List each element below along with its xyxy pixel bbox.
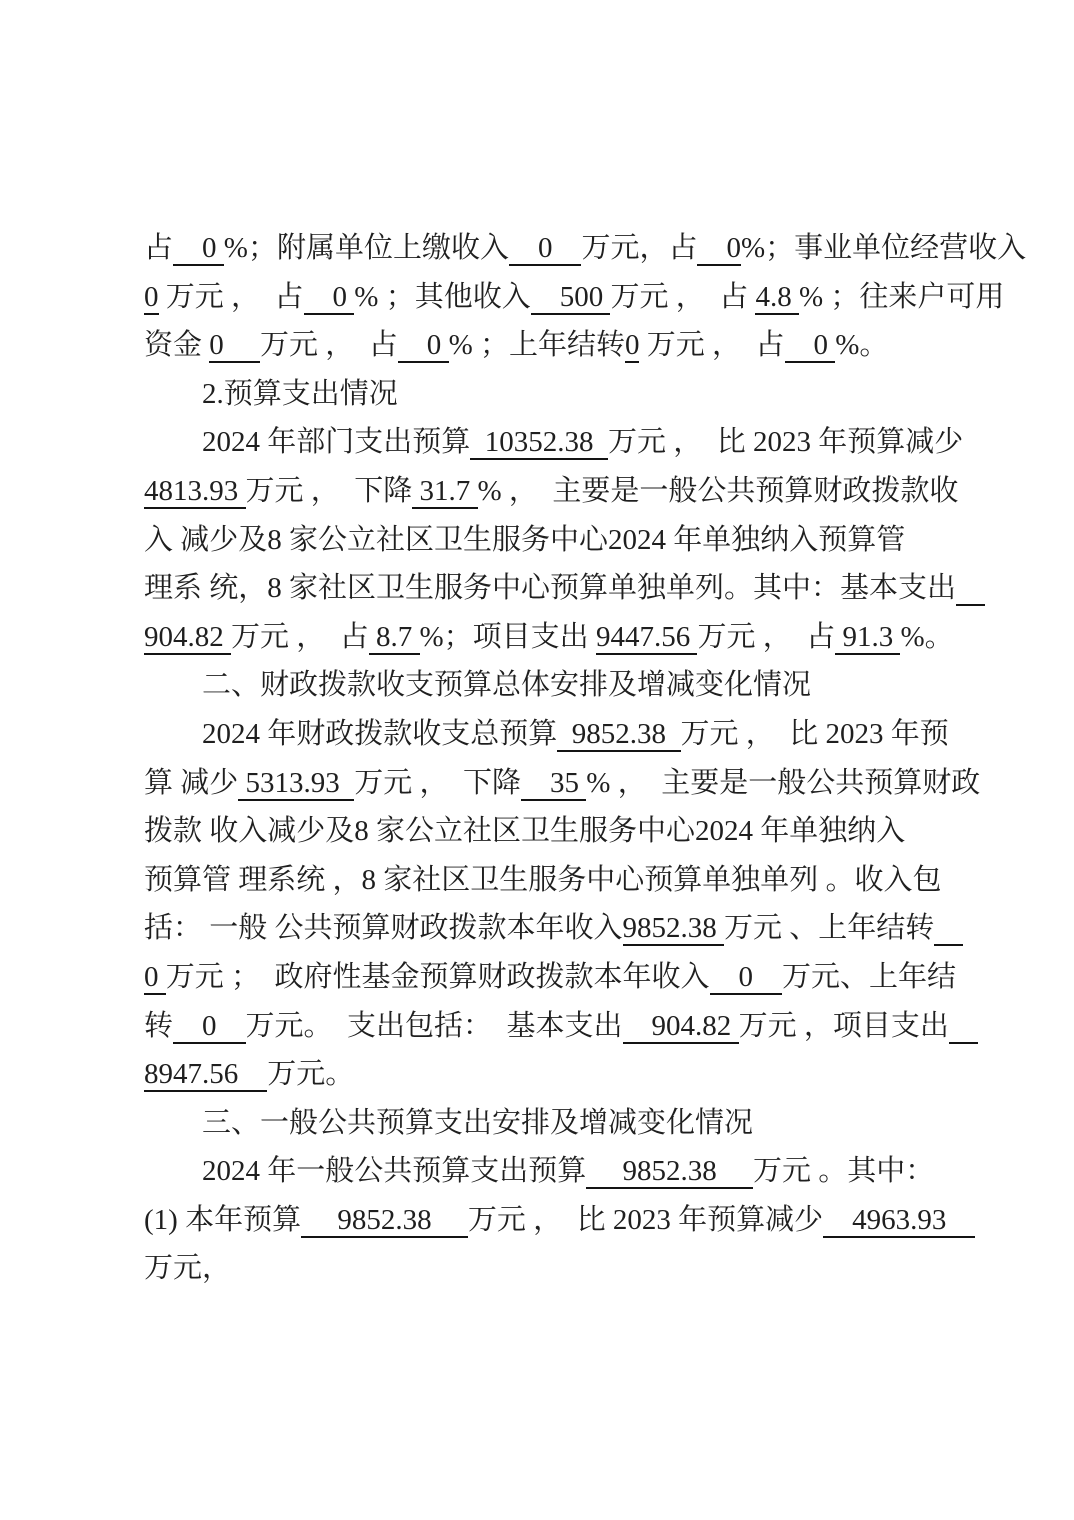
text-segment: 万元，占 <box>581 232 697 264</box>
text-segment: 万元 ， 比 2023 年预 <box>681 718 949 750</box>
text-segment: 万元、上年结 <box>782 961 956 993</box>
underlined-field: 91.3 <box>835 621 900 655</box>
text-segment: 万元 ， 下降 <box>246 475 413 507</box>
text-segment: 万元。 <box>267 1058 354 1090</box>
text-segment: 万元 ， 占 <box>610 281 755 313</box>
underlined-field: 9852.38 <box>557 718 680 752</box>
document-page: 占 0 %；附属单位上缴收入 0 万元，占 0%；事业单位经营收入0 万元 ， … <box>0 0 1074 1520</box>
text-segment: % ；往来户可用 <box>799 281 1004 313</box>
document-line: 4813.93 万元 ， 下降 31.7 % ， 主要是一般公共预算财政拨款收 <box>144 467 960 516</box>
document-line: 2024 年部门支出预算 10352.38 万元 ， 比 2023 年预算减少 <box>144 418 960 467</box>
text-segment: 拨款 收入减少及8 家公立社区卫生服务中心2024 年单独纳入 <box>144 815 905 847</box>
text-segment: 算 减少 <box>144 767 238 799</box>
text-segment: 万元， <box>144 1252 231 1284</box>
underlined-field: 4963.93 <box>823 1204 975 1238</box>
text-segment: 资金 <box>144 329 209 361</box>
document-line: 括： 一般 公共预算财政拨款本年收入9852.38 万元 、上年结转 <box>144 904 960 953</box>
underlined-field: 0 <box>785 329 836 363</box>
underlined-field: 5313.93 <box>238 767 354 801</box>
document-line: 2.预算支出情况 <box>144 370 960 419</box>
document-line: 二、财政拨款收支预算总体安排及增减变化情况 <box>144 661 960 710</box>
document-line: 904.82 万元 ， 占 8.7 %；项目支出 9447.56 万元 ， 占 … <box>144 613 960 662</box>
document-line: 转 0 万元。 支出包括： 基本支出 904.82 万元 ，项目支出 <box>144 1002 960 1051</box>
underlined-field: 0 <box>710 961 783 995</box>
text-segment: %。 <box>835 329 888 361</box>
text-segment: (1) 本年预算 <box>144 1204 301 1236</box>
underlined-field: 500 <box>531 281 611 315</box>
underlined-field: 10352.38 <box>470 426 608 460</box>
underlined-field: 0 <box>398 329 449 363</box>
text-segment: % ， 主要是一般公共预算财政 <box>586 767 980 799</box>
text-segment: 万元 ， 下降 <box>354 767 521 799</box>
text-segment: 万元 ， 占 <box>697 621 835 653</box>
document-text-block: 占 0 %；附属单位上缴收入 0 万元，占 0%；事业单位经营收入0 万元 ， … <box>144 224 960 1293</box>
document-line: 三、一般公共预算支出安排及增减变化情况 <box>144 1099 960 1148</box>
text-segment: 占 <box>144 232 173 264</box>
underlined-field: 904.82 <box>623 1010 739 1044</box>
underlined-field: 31.7 <box>412 475 477 509</box>
underlined-field: 8.7 <box>369 621 420 655</box>
document-line: 0 万元 ； 政府性基金预算财政拨款本年收入 0 万元、上年结 <box>144 953 960 1002</box>
underlined-field: 9852.38 <box>623 912 725 946</box>
underlined-field: 8947.56 <box>144 1058 267 1092</box>
text-segment: 万元 ， 比 2023 年预算减少 <box>608 426 963 458</box>
document-line: 预算管 理系统 ，8 家社区卫生服务中心预算单独单列 。收入包 <box>144 856 960 905</box>
document-line: (1) 本年预算 9852.38 万元 ， 比 2023 年预算减少 4963.… <box>144 1196 960 1245</box>
document-line: 2024 年财政拨款收支总预算 9852.38 万元 ， 比 2023 年预 <box>144 710 960 759</box>
underlined-field <box>949 1010 978 1044</box>
text-segment: 入 减少及8 家公立社区卫生服务中心2024 年单独纳入预算管 <box>144 524 905 556</box>
underlined-field: 904.82 <box>144 621 231 655</box>
text-segment: 2024 年财政拨款收支总预算 <box>202 718 557 750</box>
text-segment: 括： 一般 公共预算财政拨款本年收入 <box>144 912 623 944</box>
document-line: 入 减少及8 家公立社区卫生服务中心2024 年单独纳入预算管 <box>144 516 960 565</box>
underlined-field: 9852.38 <box>301 1204 468 1238</box>
underlined-field: 0 <box>209 329 260 363</box>
underlined-field: 0 <box>144 961 166 995</box>
text-segment: % ；上年结转 <box>449 329 625 361</box>
text-segment: %；附属单位上缴收入 <box>224 232 509 264</box>
text-segment: %；项目支出 <box>420 621 596 653</box>
underlined-field: 0 <box>144 281 159 315</box>
text-segment: 2024 年部门支出预算 <box>202 426 470 458</box>
text-segment: 万元 ； 政府性基金预算财政拨款本年收入 <box>166 961 710 993</box>
text-segment: 三、一般公共预算支出安排及增减变化情况 <box>202 1107 753 1139</box>
underlined-field <box>934 912 963 946</box>
text-segment: 万元 ， 占 <box>639 329 784 361</box>
underlined-field <box>956 572 985 606</box>
text-segment: 万元。 支出包括： 基本支出 <box>246 1010 623 1042</box>
document-line: 0 万元 ， 占 0 % ；其他收入 500 万元 ， 占 4.8 % ；往来户… <box>144 273 960 322</box>
document-line: 万元， <box>144 1244 960 1293</box>
text-segment: 万元 ，项目支出 <box>739 1010 949 1042</box>
document-line: 占 0 %；附属单位上缴收入 0 万元，占 0%；事业单位经营收入 <box>144 224 960 273</box>
underlined-field: 9852.38 <box>586 1155 753 1189</box>
text-segment: 2024 年一般公共预算支出预算 <box>202 1155 586 1187</box>
text-segment: % ；其他收入 <box>354 281 530 313</box>
document-line: 拨款 收入减少及8 家公立社区卫生服务中心2024 年单独纳入 <box>144 807 960 856</box>
document-line: 理系 统，8 家社区卫生服务中心预算单独单列。其中：基本支出 <box>144 564 960 613</box>
underlined-field: 0 <box>625 329 640 363</box>
text-segment: 万元 ， 比 2023 年预算减少 <box>468 1204 823 1236</box>
underlined-field: 4813.93 <box>144 475 246 509</box>
document-line: 8947.56 万元。 <box>144 1050 960 1099</box>
text-segment: 理系 统，8 家社区卫生服务中心预算单独单列。其中：基本支出 <box>144 572 956 604</box>
underlined-field: 4.8 <box>755 281 799 315</box>
text-segment: 万元 ， 占 <box>260 329 398 361</box>
text-segment: 万元 ， 占 <box>231 621 369 653</box>
text-segment: 二、财政拨款收支预算总体安排及增减变化情况 <box>202 669 811 701</box>
underlined-field: 0 <box>173 1010 246 1044</box>
underlined-field: 0 <box>509 232 582 266</box>
text-segment: 预算管 理系统 ，8 家社区卫生服务中心预算单独单列 。收入包 <box>144 864 942 896</box>
text-segment: %。 <box>900 621 953 653</box>
underlined-field: 0 <box>304 281 355 315</box>
document-line: 资金 0 万元 ， 占 0 % ；上年结转0 万元 ， 占 0 %。 <box>144 321 960 370</box>
text-segment: % ， 主要是一般公共预算财政拨款收 <box>478 475 959 507</box>
document-line: 2024 年一般公共预算支出预算 9852.38 万元 。其中： <box>144 1147 960 1196</box>
underlined-field: 0 <box>173 232 224 266</box>
text-segment: 2.预算支出情况 <box>202 378 398 410</box>
text-segment: 万元 。其中： <box>753 1155 934 1187</box>
text-segment: 万元 、上年结转 <box>724 912 934 944</box>
text-segment: 转 <box>144 1010 173 1042</box>
underlined-field: 35 <box>521 767 586 801</box>
text-segment: %；事业单位经营收入 <box>741 232 1026 264</box>
document-line: 算 减少 5313.93 万元 ， 下降 35 % ， 主要是一般公共预算财政 <box>144 759 960 808</box>
text-segment: 万元 ， 占 <box>159 281 304 313</box>
underlined-field: 0 <box>697 232 741 266</box>
underlined-field: 9447.56 <box>596 621 698 655</box>
